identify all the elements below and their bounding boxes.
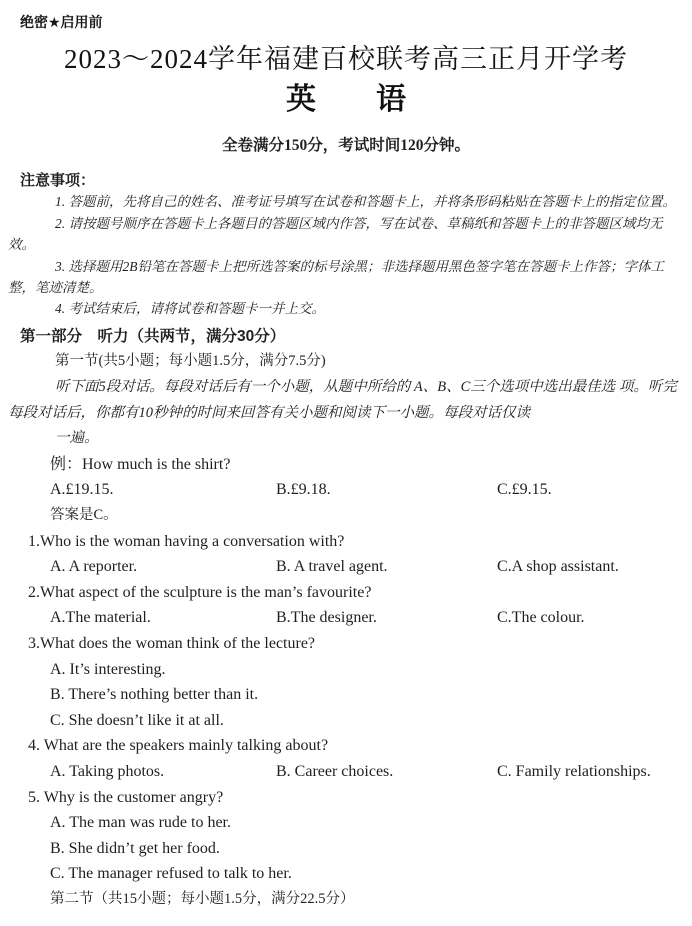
notice-item: 3. 选择题用2B铅笔在答题卡上把所选答案的标号涂黑；非选择题用黑色签字笔在答题… [8, 256, 684, 299]
example-option-a: A.£19.15. [50, 477, 276, 503]
exam-paper-page: 绝密★启用前 2023～2024学年福建百校联考高三正月开学考 英 语 全卷满分… [0, 0, 692, 926]
question-5-option-a: A. The man was rude to her. [50, 810, 684, 836]
question-3-option-c: C. She doesn’t like it at all. [50, 708, 684, 734]
question-3-options: A. It’s interesting. B. There’s nothing … [8, 657, 684, 734]
section1-instructions-tail: 一遍。 [8, 426, 684, 452]
question-3-option-a: A. It’s interesting. [50, 657, 684, 683]
part1-heading: 第一部分 听力（共两节，满分30分） [20, 324, 684, 350]
section2-heading: 第二节（共15小题；每小题1.5分，满分22.5分） [50, 887, 684, 913]
example-options-row: A.£19.15. B.£9.18. C.£9.15. [50, 477, 684, 503]
question-5-option-c: C. The manager refused to talk to her. [50, 861, 684, 887]
notice-heading: 注意事项： [20, 170, 684, 191]
question-5-text: 5. Why is the customer angry? [28, 785, 684, 811]
question-4-option-c: C. Family relationships. [497, 759, 684, 785]
question-4-options: A. Taking photos. B. Career choices. C. … [50, 759, 684, 785]
question-4-text: 4. What are the speakers mainly talking … [28, 733, 684, 759]
question-5-option-b: B. She didn’t get her food. [50, 836, 684, 862]
notice-item: 2. 请按题号顺序在答题卡上各题目的答题区域内作答，写在试卷、草稿纸和答题卡上的… [8, 213, 684, 256]
question-1-option-a: A. A reporter. [50, 554, 276, 580]
question-3-option-b: B. There’s nothing better than it. [50, 682, 684, 708]
section1-heading: 第一节(共5小题；每小题1.5分，满分7.5分) [8, 349, 684, 375]
question-2-option-c: C.The colour. [497, 605, 684, 631]
question-4-option-a: A. Taking photos. [50, 759, 276, 785]
notice-item: 4. 考试结束后，请将试卷和答题卡一并上交。 [8, 298, 684, 319]
question-2-option-a: A.The material. [50, 605, 276, 631]
question-2-option-b: B.The designer. [276, 605, 497, 631]
classification-label: 绝密★启用前 [20, 14, 684, 30]
notice-item: 1. 答题前，先将自己的姓名、准考证号填写在试卷和答题卡上，并将条形码粘贴在答题… [8, 191, 684, 212]
example-option-b: B.£9.18. [276, 477, 497, 503]
subject-title: 英 语 [8, 83, 684, 117]
question-1-option-c: C.A shop assistant. [497, 554, 684, 580]
question-2-text: 2.What aspect of the sculpture is the ma… [28, 580, 684, 606]
exam-title: 2023～2024学年福建百校联考高三正月开学考 [8, 44, 684, 74]
example-answer: 答案是C。 [50, 503, 684, 529]
example-question: 例：How much is the shirt? [50, 452, 684, 478]
section1-instructions: 听下面5段对话。每段对话后有一个小题，从题中所给的 A、B、C三个选项中选出最佳… [8, 375, 684, 426]
question-1-text: 1.Who is the woman having a conversation… [28, 529, 684, 555]
question-4-option-b: B. Career choices. [276, 759, 497, 785]
question-3-text: 3.What does the woman think of the lectu… [28, 631, 684, 657]
exam-info: 全卷满分150分，考试时间120分钟。 [8, 135, 684, 156]
question-1-options: A. A reporter. B. A travel agent. C.A sh… [50, 554, 684, 580]
question-2-options: A.The material. B.The designer. C.The co… [50, 605, 684, 631]
example-option-c: C.£9.15. [497, 477, 684, 503]
question-5-options: A. The man was rude to her. B. She didn’… [8, 810, 684, 887]
question-1-option-b: B. A travel agent. [276, 554, 497, 580]
notice-section: 注意事项： 1. 答题前，先将自己的姓名、准考证号填写在试卷和答题卡上，并将条形… [8, 170, 684, 320]
